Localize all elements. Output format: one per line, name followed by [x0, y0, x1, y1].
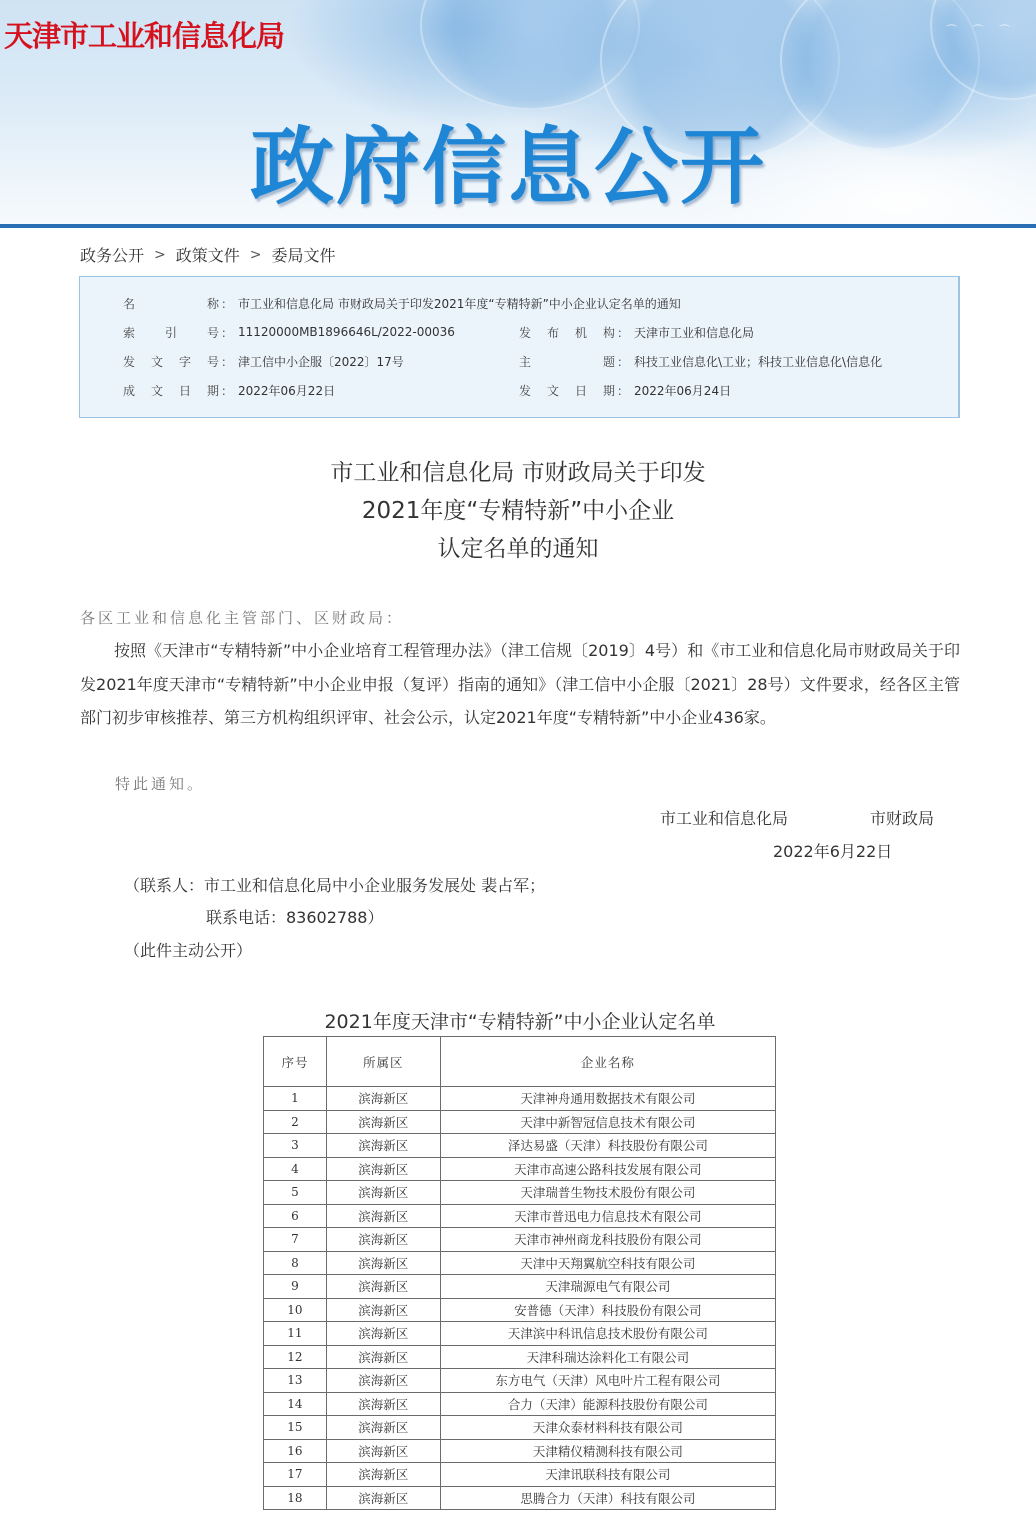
breadcrumb-separator: > [154, 247, 166, 263]
table-row: 18滨海新区思腾合力（天津）科技有限公司 [264, 1486, 776, 1510]
colon: ： [219, 353, 235, 370]
cell-company: 天津科瑞达涂料化工有限公司 [440, 1345, 775, 1369]
meta-docno-value: 津工信中小企服〔2022〕17号 [238, 353, 404, 370]
table-row: 3滨海新区泽达易盛（天津）科技股份有限公司 [264, 1134, 776, 1158]
meta-written-date-value: 2022年06月22日 [238, 382, 335, 399]
cell-serial: 4 [264, 1157, 327, 1181]
table-row: 15滨海新区天津众泰材料科技有限公司 [264, 1416, 776, 1440]
meta-publisher-value: 天津市工业和信息化局 [634, 324, 754, 341]
cell-serial: 1 [264, 1087, 327, 1111]
table-row: 16滨海新区天津精仪精测科技有限公司 [264, 1439, 776, 1463]
table-row: 12滨海新区天津科瑞达涂料化工有限公司 [264, 1345, 776, 1369]
site-banner: ⌒ ⌒ ⌒ 天津市工业和信息化局 政府信息公开 [0, 0, 1036, 228]
birds-decoration: ⌒ ⌒ ⌒ [946, 22, 1016, 38]
meta-docno-row: 发文字号 ： 津工信中小企服〔2022〕17号 [123, 351, 404, 371]
document-title-line: 市工业和信息化局 市财政局关于印发 [0, 454, 1036, 492]
cell-company: 天津市神州商龙科技股份有限公司 [440, 1228, 775, 1252]
meta-issued-date-value: 2022年06月24日 [634, 382, 731, 399]
table-row: 7滨海新区天津市神州商龙科技股份有限公司 [264, 1228, 776, 1252]
breadcrumb-item-policy-docs[interactable]: 政策文件 [176, 243, 240, 266]
header-district: 所属区 [326, 1037, 440, 1087]
contact-phone: 联系电话：83602788） [206, 905, 383, 928]
table-row: 5滨海新区天津瑞普生物技术股份有限公司 [264, 1181, 776, 1205]
breadcrumb: 政务公开 > 政策文件 > 委局文件 [80, 243, 336, 266]
cell-company: 天津众泰材料科技有限公司 [440, 1416, 775, 1440]
meta-name-row: 名称 ： 市工业和信息化局 市财政局关于印发2021年度“专精特新”中小企业认定… [123, 293, 681, 313]
document-title: 市工业和信息化局 市财政局关于印发 2021年度“专精特新”中小企业 认定名单的… [0, 454, 1036, 568]
cell-serial: 3 [264, 1134, 327, 1158]
cell-district: 滨海新区 [326, 1416, 440, 1440]
meta-index-value: 11120000MB1896646L/2022-00036 [238, 325, 455, 339]
cell-serial: 7 [264, 1228, 327, 1252]
document-metadata-box: 名称 ： 市工业和信息化局 市财政局关于印发2021年度“专精特新”中小企业认定… [79, 276, 960, 418]
cell-company: 天津市普迅电力信息技术有限公司 [440, 1204, 775, 1228]
cell-serial: 15 [264, 1416, 327, 1440]
table-row: 11滨海新区天津滨中科讯信息技术股份有限公司 [264, 1322, 776, 1346]
cell-company: 天津滨中科讯信息技术股份有限公司 [440, 1322, 775, 1346]
cell-company: 天津精仪精测科技有限公司 [440, 1439, 775, 1463]
cell-district: 滨海新区 [326, 1369, 440, 1393]
cell-district: 滨海新区 [326, 1345, 440, 1369]
meta-written-date-label: 成文日期 [123, 382, 219, 399]
cell-company: 天津中天翔翼航空科技有限公司 [440, 1251, 775, 1275]
cell-district: 滨海新区 [326, 1463, 440, 1487]
cell-company: 思腾合力（天津）科技有限公司 [440, 1486, 775, 1510]
salutation: 各区工业和信息化主管部门、区财政局： [80, 607, 404, 628]
cell-company: 安普德（天津）科技股份有限公司 [440, 1298, 775, 1322]
cell-district: 滨海新区 [326, 1439, 440, 1463]
colon: ： [615, 382, 631, 399]
meta-issued-date-row: 发文日期 ： 2022年06月24日 [519, 380, 731, 400]
colon: ： [615, 324, 631, 341]
cell-company: 天津神舟通用数据技术有限公司 [440, 1087, 775, 1111]
enterprise-list-table: 序号 所属区 企业名称 1滨海新区天津神舟通用数据技术有限公司2滨海新区天津中新… [263, 1036, 776, 1510]
header-serial: 序号 [264, 1037, 327, 1087]
cell-serial: 9 [264, 1275, 327, 1299]
cell-district: 滨海新区 [326, 1486, 440, 1510]
list-title: 2021年度天津市“专精特新”中小企业认定名单 [0, 1007, 1036, 1034]
cell-company: 合力（天津）能源科技股份有限公司 [440, 1392, 775, 1416]
table-row: 4滨海新区天津市高速公路科技发展有限公司 [264, 1157, 776, 1181]
cell-serial: 6 [264, 1204, 327, 1228]
cell-serial: 8 [264, 1251, 327, 1275]
cell-company: 天津市高速公路科技发展有限公司 [440, 1157, 775, 1181]
cell-district: 滨海新区 [326, 1181, 440, 1205]
cell-serial: 17 [264, 1463, 327, 1487]
meta-index-label: 索引号 [123, 324, 219, 341]
contact-person: （联系人：市工业和信息化局中小企业服务发展处 裴占军； [124, 873, 545, 896]
cell-serial: 16 [264, 1439, 327, 1463]
cell-company: 天津讯联科技有限公司 [440, 1463, 775, 1487]
disclosure-note: （此件主动公开） [124, 938, 252, 961]
cell-serial: 2 [264, 1110, 327, 1134]
table-row: 17滨海新区天津讯联科技有限公司 [264, 1463, 776, 1487]
table-row: 14滨海新区合力（天津）能源科技股份有限公司 [264, 1392, 776, 1416]
table-row: 10滨海新区安普德（天津）科技股份有限公司 [264, 1298, 776, 1322]
cell-district: 滨海新区 [326, 1392, 440, 1416]
sign-date: 2022年6月22日 [773, 839, 892, 862]
cell-serial: 18 [264, 1486, 327, 1510]
table-row: 2滨海新区天津中新智冠信息技术有限公司 [264, 1110, 776, 1134]
meta-subject-row: 主题 ： 科技工业信息化\工业；科技工业信息化\信息化 [519, 351, 882, 371]
meta-publisher-row: 发布机构 ： 天津市工业和信息化局 [519, 322, 754, 342]
cell-district: 滨海新区 [326, 1157, 440, 1181]
org-name-logo[interactable]: 天津市工业和信息化局 [4, 14, 284, 55]
cell-serial: 10 [264, 1298, 327, 1322]
table-row: 6滨海新区天津市普迅电力信息技术有限公司 [264, 1204, 776, 1228]
breadcrumb-item-bureau-docs[interactable]: 委局文件 [272, 243, 336, 266]
cell-serial: 14 [264, 1392, 327, 1416]
meta-subject-value: 科技工业信息化\工业；科技工业信息化\信息化 [634, 353, 882, 370]
cell-district: 滨海新区 [326, 1251, 440, 1275]
table-body: 1滨海新区天津神舟通用数据技术有限公司2滨海新区天津中新智冠信息技术有限公司3滨… [264, 1087, 776, 1510]
cell-district: 滨海新区 [326, 1134, 440, 1158]
cell-serial: 5 [264, 1181, 327, 1205]
colon: ： [615, 353, 631, 370]
table-row: 13滨海新区东方电气（天津）风电叶片工程有限公司 [264, 1369, 776, 1393]
banner-title: 政府信息公开 [250, 100, 766, 221]
meta-name-label: 名称 [123, 295, 219, 312]
table-row: 1滨海新区天津神舟通用数据技术有限公司 [264, 1087, 776, 1111]
cell-serial: 11 [264, 1322, 327, 1346]
meta-issued-date-label: 发文日期 [519, 382, 615, 399]
colon: ： [219, 324, 235, 341]
cell-district: 滨海新区 [326, 1298, 440, 1322]
cell-district: 滨海新区 [326, 1228, 440, 1252]
colon: ： [219, 295, 235, 312]
cell-district: 滨海新区 [326, 1087, 440, 1111]
meta-subject-label: 主题 [519, 353, 615, 370]
banner-divider [0, 224, 1036, 228]
signer-miit: 市工业和信息化局 [660, 806, 788, 829]
meta-name-value: 市工业和信息化局 市财政局关于印发2021年度“专精特新”中小企业认定名单的通知 [238, 295, 681, 312]
closing-remark: 特此通知。 [115, 773, 205, 794]
table-row: 9滨海新区天津瑞源电气有限公司 [264, 1275, 776, 1299]
cell-company: 天津瑞普生物技术股份有限公司 [440, 1181, 775, 1205]
colon: ： [219, 382, 235, 399]
breadcrumb-item-gov-affairs[interactable]: 政务公开 [80, 243, 144, 266]
document-title-line: 认定名单的通知 [0, 530, 1036, 568]
cell-company: 泽达易盛（天津）科技股份有限公司 [440, 1134, 775, 1158]
meta-publisher-label: 发布机构 [519, 324, 615, 341]
body-paragraph: 按照《天津市“专精特新”中小企业培育工程管理办法》（津工信规〔2019〕4号）和… [80, 634, 960, 735]
signer-finance: 市财政局 [870, 806, 934, 829]
cell-district: 滨海新区 [326, 1275, 440, 1299]
table-header-row: 序号 所属区 企业名称 [264, 1037, 776, 1087]
cell-district: 滨海新区 [326, 1110, 440, 1134]
signers: 市工业和信息化局 市财政局 [660, 806, 934, 829]
cell-company: 东方电气（天津）风电叶片工程有限公司 [440, 1369, 775, 1393]
document-title-line: 2021年度“专精特新”中小企业 [0, 492, 1036, 530]
cell-district: 滨海新区 [326, 1204, 440, 1228]
cell-serial: 13 [264, 1369, 327, 1393]
breadcrumb-separator: > [250, 247, 262, 263]
meta-index-row: 索引号 ： 11120000MB1896646L/2022-00036 [123, 322, 455, 342]
cell-company: 天津中新智冠信息技术有限公司 [440, 1110, 775, 1134]
cell-serial: 12 [264, 1345, 327, 1369]
table-row: 8滨海新区天津中天翔翼航空科技有限公司 [264, 1251, 776, 1275]
meta-written-date-row: 成文日期 ： 2022年06月22日 [123, 380, 335, 400]
meta-docno-label: 发文字号 [123, 353, 219, 370]
cell-company: 天津瑞源电气有限公司 [440, 1275, 775, 1299]
cell-district: 滨海新区 [326, 1322, 440, 1346]
header-company: 企业名称 [440, 1037, 775, 1087]
